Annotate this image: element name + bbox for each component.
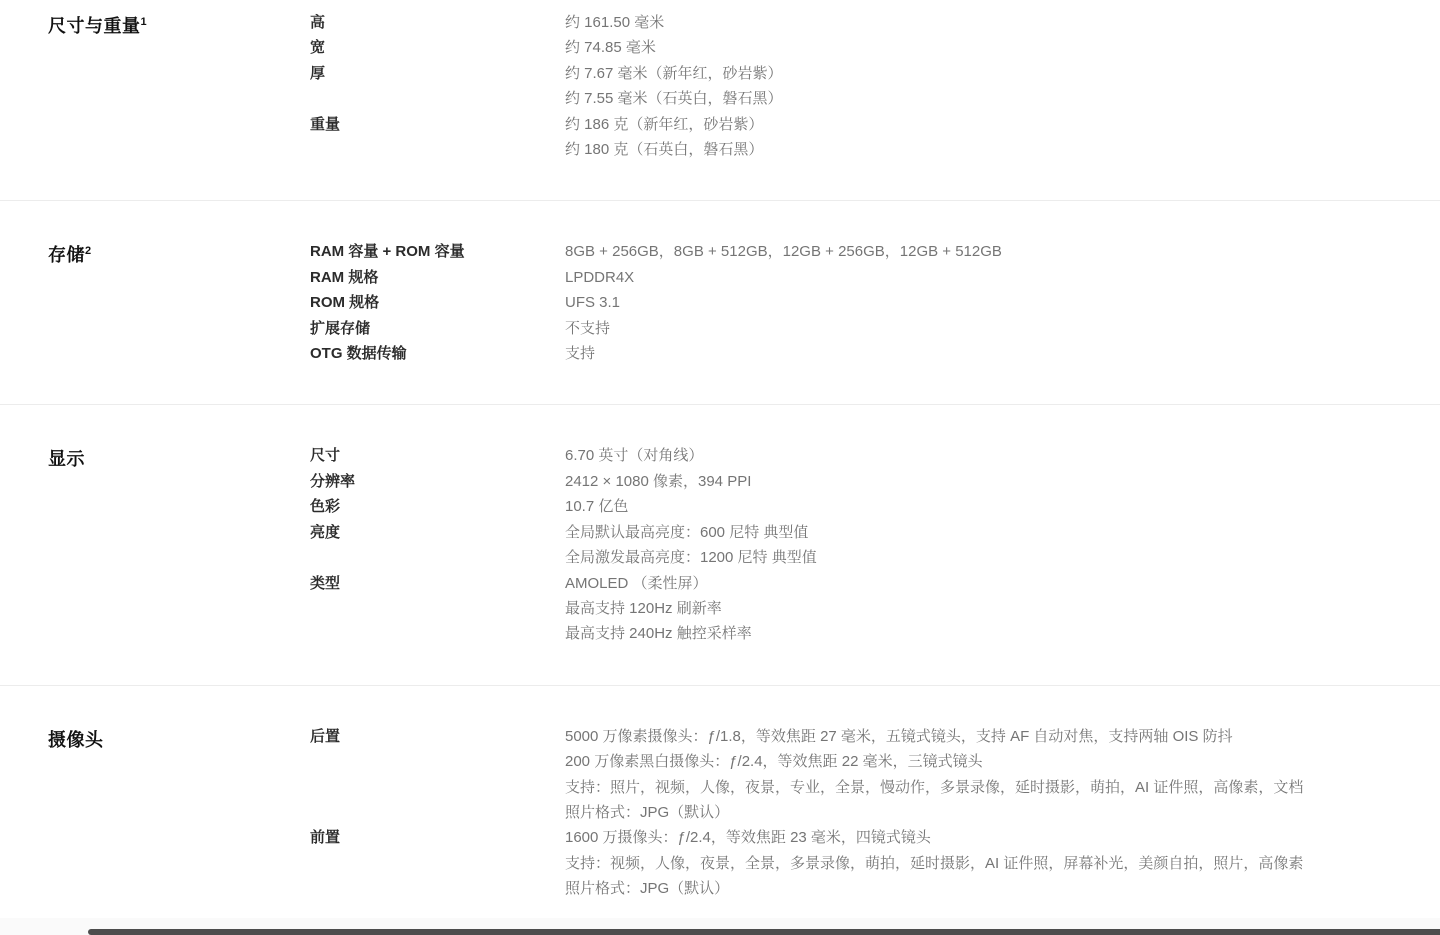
spec-values: AMOLED （柔性屏） 最高支持 120Hz 刷新率 最高支持 240Hz 触… — [565, 571, 1436, 647]
spec-label: 类型 — [310, 571, 565, 596]
spec-label: 尺寸 — [310, 443, 565, 468]
spec-value: 全局默认最高亮度：600 尼特 典型值 — [565, 520, 1436, 545]
spec-values: 8GB + 256GB，8GB + 512GB，12GB + 256GB，12G… — [565, 239, 1436, 264]
section-title-text: 摄像头 — [48, 730, 104, 750]
spec-row-rear-camera: 后置 5000 万像素摄像头：ƒ/1.8，等效焦距 27 毫米，五镜式镜头，支持… — [310, 724, 1436, 826]
spec-values: 5000 万像素摄像头：ƒ/1.8，等效焦距 27 毫米，五镜式镜头，支持 AF… — [565, 724, 1436, 826]
spec-row-brightness: 亮度 全局默认最高亮度：600 尼特 典型值 全局激发最高亮度：1200 尼特 … — [310, 520, 1436, 571]
spec-value: 5000 万像素摄像头：ƒ/1.8，等效焦距 27 毫米，五镜式镜头，支持 AF… — [565, 724, 1436, 749]
spec-value: 6.70 英寸（对角线） — [565, 443, 1436, 468]
spec-value: 支持 — [565, 341, 1436, 366]
spec-value: 照片格式：JPG（默认） — [565, 876, 1436, 901]
spec-row-weight: 重量 约 186 克（新年红，砂岩紫） 约 180 克（石英白，磐石黑） — [310, 112, 1436, 163]
spec-row-height: 高 约 161.50 毫米 — [310, 10, 1436, 35]
spec-value: 约 161.50 毫米 — [565, 10, 1436, 35]
spec-value: 支持：视频，人像，夜景，全景，多景录像，萌拍，延时摄影，AI 证件照，屏幕补光，… — [565, 851, 1436, 876]
spec-value: AMOLED （柔性屏） — [565, 571, 1436, 596]
section-rows: 尺寸 6.70 英寸（对角线） 分辨率 2412 × 1080 像素，394 P… — [310, 443, 1436, 646]
spec-values: 支持 — [565, 341, 1436, 366]
spec-label: 高 — [310, 10, 565, 35]
spec-value: LPDDR4X — [565, 265, 1436, 290]
spec-values: 约 161.50 毫米 — [565, 10, 1436, 35]
section-title-text: 存储 — [48, 245, 85, 265]
spec-value: 约 7.55 毫米（石英白，磐石黑） — [565, 86, 1436, 111]
section-title: 尺寸与重量1 — [48, 10, 310, 39]
section-title: 存储2 — [48, 239, 310, 268]
spec-row-otg: OTG 数据传输 支持 — [310, 341, 1436, 366]
spec-row-panel-type: 类型 AMOLED （柔性屏） 最高支持 120Hz 刷新率 最高支持 240H… — [310, 571, 1436, 647]
spec-label: 前置 — [310, 825, 565, 850]
spec-label: 后置 — [310, 724, 565, 749]
section-title: 显示 — [48, 443, 310, 472]
section-dimensions-weight: 尺寸与重量1 高 约 161.50 毫米 宽 约 74.85 毫米 厚 约 7.… — [0, 0, 1440, 200]
spec-values: 约 7.67 毫米（新年红，砂岩紫） 约 7.55 毫米（石英白，磐石黑） — [565, 61, 1436, 112]
spec-value: 2412 × 1080 像素，394 PPI — [565, 469, 1436, 494]
section-title-superscript: 1 — [141, 16, 148, 28]
spec-value: UFS 3.1 — [565, 290, 1436, 315]
spec-label: 重量 — [310, 112, 565, 137]
spec-value: 最高支持 120Hz 刷新率 — [565, 596, 1436, 621]
spec-values: UFS 3.1 — [565, 290, 1436, 315]
spec-value: 10.7 亿色 — [565, 494, 1436, 519]
spec-row-ram-rom-capacity: RAM 容量 + ROM 容量 8GB + 256GB，8GB + 512GB，… — [310, 239, 1436, 264]
spec-value: 不支持 — [565, 316, 1436, 341]
section-storage: 存储2 RAM 容量 + ROM 容量 8GB + 256GB，8GB + 51… — [0, 200, 1440, 404]
spec-value: 200 万像素黑白摄像头：ƒ/2.4，等效焦距 22 毫米，三镜式镜头 — [565, 749, 1436, 774]
spec-page: 尺寸与重量1 高 约 161.50 毫米 宽 约 74.85 毫米 厚 约 7.… — [0, 0, 1440, 935]
horizontal-scrollbar-thumb[interactable] — [88, 929, 1440, 935]
spec-row-resolution: 分辨率 2412 × 1080 像素，394 PPI — [310, 469, 1436, 494]
spec-values: 10.7 亿色 — [565, 494, 1436, 519]
spec-label: 宽 — [310, 35, 565, 60]
section-title: 摄像头 — [48, 724, 310, 753]
section-title-text: 尺寸与重量 — [48, 16, 141, 36]
spec-value: 支持：照片，视频，人像，夜景，专业，全景，慢动作，多景录像，延时摄影，萌拍，AI… — [565, 775, 1436, 800]
spec-label: OTG 数据传输 — [310, 341, 565, 366]
section-camera: 摄像头 后置 5000 万像素摄像头：ƒ/1.8，等效焦距 27 毫米，五镜式镜… — [0, 685, 1440, 935]
spec-value: 约 180 克（石英白，磐石黑） — [565, 137, 1436, 162]
spec-value: 1600 万摄像头：ƒ/2.4，等效焦距 23 毫米，四镜式镜头 — [565, 825, 1436, 850]
spec-value: 全局激发最高亮度：1200 尼特 典型值 — [565, 545, 1436, 570]
spec-row-width: 宽 约 74.85 毫米 — [310, 35, 1436, 60]
spec-row-thickness: 厚 约 7.67 毫米（新年红，砂岩紫） 约 7.55 毫米（石英白，磐石黑） — [310, 61, 1436, 112]
spec-value: 约 186 克（新年红，砂岩紫） — [565, 112, 1436, 137]
section-rows: RAM 容量 + ROM 容量 8GB + 256GB，8GB + 512GB，… — [310, 239, 1436, 366]
spec-values: LPDDR4X — [565, 265, 1436, 290]
spec-values: 约 186 克（新年红，砂岩紫） 约 180 克（石英白，磐石黑） — [565, 112, 1436, 163]
spec-value: 约 74.85 毫米 — [565, 35, 1436, 60]
section-rows: 高 约 161.50 毫米 宽 约 74.85 毫米 厚 约 7.67 毫米（新… — [310, 10, 1436, 162]
spec-values: 全局默认最高亮度：600 尼特 典型值 全局激发最高亮度：1200 尼特 典型值 — [565, 520, 1436, 571]
spec-label: RAM 规格 — [310, 265, 565, 290]
spec-label: ROM 规格 — [310, 290, 565, 315]
spec-values: 约 74.85 毫米 — [565, 35, 1436, 60]
spec-label: 厚 — [310, 61, 565, 86]
spec-row-expandable-storage: 扩展存储 不支持 — [310, 316, 1436, 341]
section-rows: 后置 5000 万像素摄像头：ƒ/1.8，等效焦距 27 毫米，五镜式镜头，支持… — [310, 724, 1436, 902]
spec-values: 6.70 英寸（对角线） — [565, 443, 1436, 468]
spec-value: 约 7.67 毫米（新年红，砂岩紫） — [565, 61, 1436, 86]
spec-values: 不支持 — [565, 316, 1436, 341]
horizontal-scrollbar-track[interactable] — [0, 918, 1440, 935]
spec-row-front-camera: 前置 1600 万摄像头：ƒ/2.4，等效焦距 23 毫米，四镜式镜头 支持：视… — [310, 825, 1436, 901]
spec-label: 亮度 — [310, 520, 565, 545]
spec-row-color: 色彩 10.7 亿色 — [310, 494, 1436, 519]
section-title-superscript: 2 — [85, 245, 92, 257]
spec-values: 2412 × 1080 像素，394 PPI — [565, 469, 1436, 494]
spec-row-rom-spec: ROM 规格 UFS 3.1 — [310, 290, 1436, 315]
section-display: 显示 尺寸 6.70 英寸（对角线） 分辨率 2412 × 1080 像素，39… — [0, 404, 1440, 684]
section-title-text: 显示 — [48, 449, 85, 469]
spec-label: 分辨率 — [310, 469, 565, 494]
spec-value: 照片格式：JPG（默认） — [565, 800, 1436, 825]
spec-label: RAM 容量 + ROM 容量 — [310, 239, 565, 264]
spec-value: 8GB + 256GB，8GB + 512GB，12GB + 256GB，12G… — [565, 239, 1436, 264]
spec-label: 色彩 — [310, 494, 565, 519]
spec-row-ram-spec: RAM 规格 LPDDR4X — [310, 265, 1436, 290]
spec-label: 扩展存储 — [310, 316, 565, 341]
spec-value: 最高支持 240Hz 触控采样率 — [565, 621, 1436, 646]
spec-row-screen-size: 尺寸 6.70 英寸（对角线） — [310, 443, 1436, 468]
spec-values: 1600 万摄像头：ƒ/2.4，等效焦距 23 毫米，四镜式镜头 支持：视频，人… — [565, 825, 1436, 901]
